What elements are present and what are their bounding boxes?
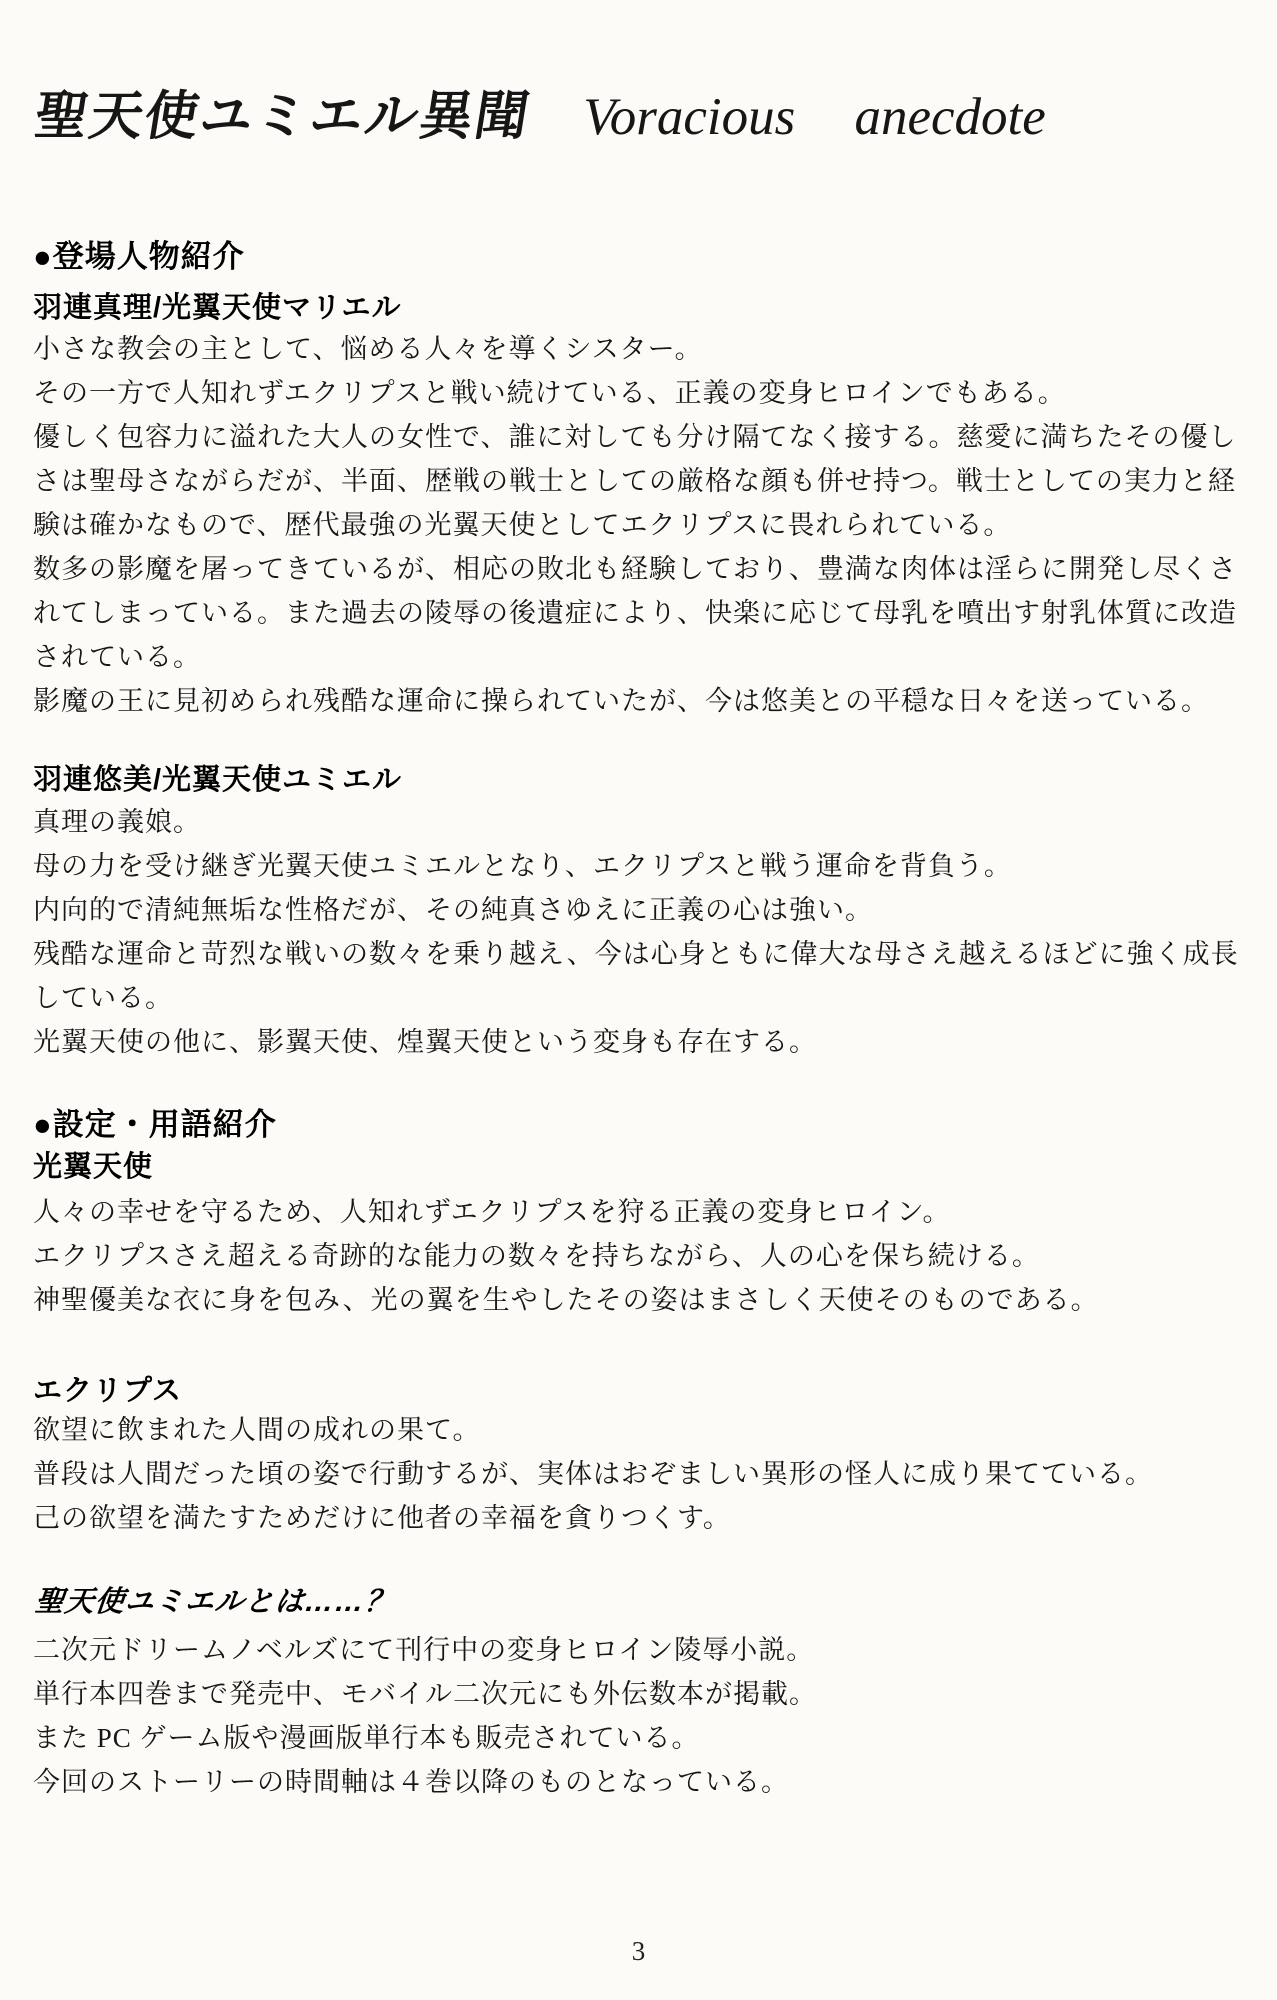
character-2-description: 真理の義娘。 母の力を受け継ぎ光翼天使ユミエルとなり、エクリプスと戦う運命を背負… [33, 800, 1253, 1064]
title-english-word-1: Voracious [583, 84, 795, 150]
paragraph: 光翼天使の他に、影翼天使、煌翼天使という変身も存在する。 [33, 1020, 1253, 1064]
glossary-2-description: 欲望に飲まれた人間の成れの果て。 普段は人間だった頃の姿で行動するが、実体はおぞ… [33, 1408, 1253, 1540]
paragraph: 二次元ドリームノベルズにて刊行中の変身ヒロイン陵辱小説。 [33, 1628, 1253, 1672]
page-number: 3 [0, 1936, 1277, 1967]
paragraph: その一方で人知れずエクリプスと戦い続けている、正義の変身ヒロインでもある。 [33, 371, 1253, 415]
character-1-name-block: 羽連真理/光翼天使マリエル [33, 291, 1253, 326]
paragraph: 神聖優美な衣に身を包み、光の翼を生やしたその姿はまさしく天使そのものである。 [33, 1278, 1253, 1322]
paragraph: エクリプスさえ超える奇跡的な能力の数々を持ちながら、人の心を保ち続ける。 [33, 1234, 1253, 1278]
paragraph: 人々の幸せを守るため、人知れずエクリプスを狩る正義の変身ヒロイン。 [33, 1190, 1253, 1234]
title-english-word-2: anecdote [855, 84, 1046, 150]
character-1-name: 羽連真理/光翼天使マリエル [33, 291, 1253, 326]
glossary-section-heading-block: ●設定・用語紹介 [33, 1106, 1253, 1143]
paragraph: 普段は人間だった頃の姿で行動するが、実体はおぞましい異形の怪人に成り果てている。 [33, 1452, 1253, 1496]
glossary-3-name-block: 聖天使ユミエルとは……？ [33, 1585, 1253, 1620]
paragraph: 欲望に飲まれた人間の成れの果て。 [33, 1408, 1253, 1452]
glossary-1-name: 光翼天使 [33, 1150, 1253, 1185]
characters-section-heading: ●登場人物紹介 [33, 238, 1253, 275]
paragraph: 小さな教会の主として、悩める人々を導くシスター。 [33, 327, 1253, 371]
glossary-3-description: 二次元ドリームノベルズにて刊行中の変身ヒロイン陵辱小説。 単行本四巻まで発売中、… [33, 1628, 1253, 1804]
glossary-section-heading: ●設定・用語紹介 [33, 1106, 1253, 1143]
paragraph: 今回のストーリーの時間軸は４巻以降のものとなっている。 [33, 1760, 1253, 1804]
paragraph: 内向的で清純無垢な性格だが、その純真さゆえに正義の心は強い。 [33, 888, 1253, 932]
paragraph: 母の力を受け継ぎ光翼天使ユミエルとなり、エクリプスと戦う運命を背負う。 [33, 844, 1253, 888]
glossary-3-name: 聖天使ユミエルとは……？ [33, 1585, 1257, 1620]
glossary-1-description: 人々の幸せを守るため、人知れずエクリプスを狩る正義の変身ヒロイン。 エクリプスさ… [33, 1190, 1253, 1322]
paragraph: 優しく包容力に溢れた大人の女性で、誰に対しても分け隔てなく接する。慈愛に満ちたそ… [33, 415, 1253, 547]
paragraph: また PC ゲーム版や漫画版単行本も販売されている。 [33, 1716, 1253, 1760]
paragraph: 数多の影魔を屠ってきているが、相応の敗北も経験しており、豊満な肉体は淫らに開発し… [33, 547, 1253, 679]
character-2-name-block: 羽連悠美/光翼天使ユミエル [33, 763, 1253, 798]
paragraph: 己の欲望を満たすためだけに他者の幸福を貪りつくす。 [33, 1496, 1253, 1540]
character-2-name: 羽連悠美/光翼天使ユミエル [33, 763, 1253, 798]
character-1-description: 小さな教会の主として、悩める人々を導くシスター。 その一方で人知れずエクリプスと… [33, 327, 1253, 723]
paragraph: 残酷な運命と苛烈な戦いの数々を乗り越え、今は心身ともに偉大な母さえ越えるほどに強… [33, 932, 1253, 1020]
page-title: 聖天使ユミエル異聞 Voracious anecdote [35, 84, 1245, 150]
glossary-2-name: エクリプス [33, 1374, 1253, 1409]
glossary-2-name-block: エクリプス [33, 1374, 1253, 1409]
paragraph: 単行本四巻まで発売中、モバイル二次元にも外伝数本が掲載。 [33, 1672, 1253, 1716]
characters-section-heading-block: ●登場人物紹介 [33, 238, 1253, 275]
glossary-1-name-block: 光翼天使 [33, 1150, 1253, 1185]
paragraph: 真理の義娘。 [33, 800, 1253, 844]
paragraph: 影魔の王に見初められ残酷な運命に操られていたが、今は悠美との平穏な日々を送ってい… [33, 679, 1253, 723]
scanned-document-page: 聖天使ユミエル異聞 Voracious anecdote ●登場人物紹介 羽連真… [0, 0, 1277, 2000]
title-japanese: 聖天使ユミエル異聞 [30, 84, 535, 150]
